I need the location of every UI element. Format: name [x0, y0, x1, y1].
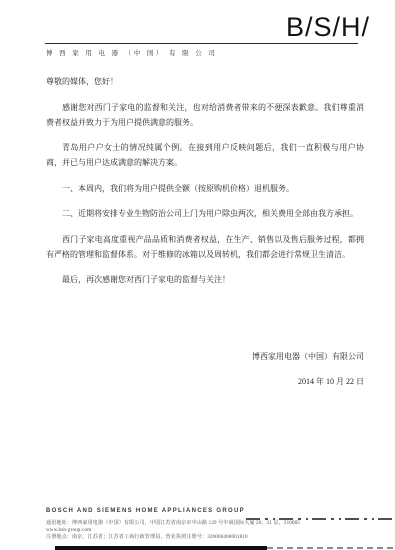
footer-registration: 注册地点：南京，江苏省；江苏省工商行政管理局，营业执照注册号：320000400…: [46, 534, 395, 541]
footer-group-name: BOSCH AND SIEMENS HOME APPLIANCES GROUP: [46, 508, 395, 514]
paragraph-item-2: 二、近期将安排专业生物防治公司上门为用户除虫两次，相关费用全部由我方承担。: [46, 206, 364, 221]
bsh-logo: B/S/H/: [286, 12, 370, 43]
letter-body: 尊敬的媒体，您好！ 感谢您对西门子家电的监督和关注，也对给消费者带来的不便深表歉…: [46, 70, 364, 287]
salutation: 尊敬的媒体，您好！: [46, 74, 364, 89]
footer-website: www.bsh-group.com: [46, 527, 395, 534]
paragraph-closing: 最后，再次感谢您对西门子家电的监督与关注！: [46, 272, 364, 287]
letterhead-footer: BOSCH AND SIEMENS HOME APPLIANCES GROUP …: [46, 508, 395, 541]
signature-date: 2014 年 10 月 22 日: [252, 376, 364, 388]
footer-address: 通讯地址：博西家用电器（中国）有限公司，中国江苏省南京市中山路 129 号中商国…: [46, 520, 395, 527]
header-company-name: 博 西 家 用 电 器 （中 国） 有 限 公 司: [46, 48, 217, 57]
paragraph-item-1: 一、本周内，我们将为用户提供全额（按原购机价格）退机服务。: [46, 181, 364, 196]
signature-block: 博西家用电器（中国）有限公司 2014 年 10 月 22 日: [252, 351, 364, 388]
scan-artifact-gray-bar: [267, 547, 395, 549]
signature-company: 博西家用电器（中国）有限公司: [252, 351, 364, 363]
paragraph-case: 青岛用户户女士的情况纯属个例。在接到用户反映问题后，我们一直积极与用户协商，并已…: [46, 140, 364, 170]
paragraph-quality: 西门子家电高度重视产品品质和消费者权益，在生产、销售以及售后服务过程，都拥有严格…: [46, 232, 364, 262]
scan-artifact-black-bar: [55, 546, 267, 550]
paragraph-apology: 感谢您对西门子家电的监督和关注，也对给消费者带来的不便深表歉意。我们尊重消费者权…: [46, 100, 364, 130]
letter-page: B/S/H/ 博 西 家 用 电 器 （中 国） 有 限 公 司 尊敬的媒体，您…: [0, 0, 395, 550]
scan-artifact-dashed-line: [246, 518, 395, 520]
header-divider: [45, 43, 358, 44]
